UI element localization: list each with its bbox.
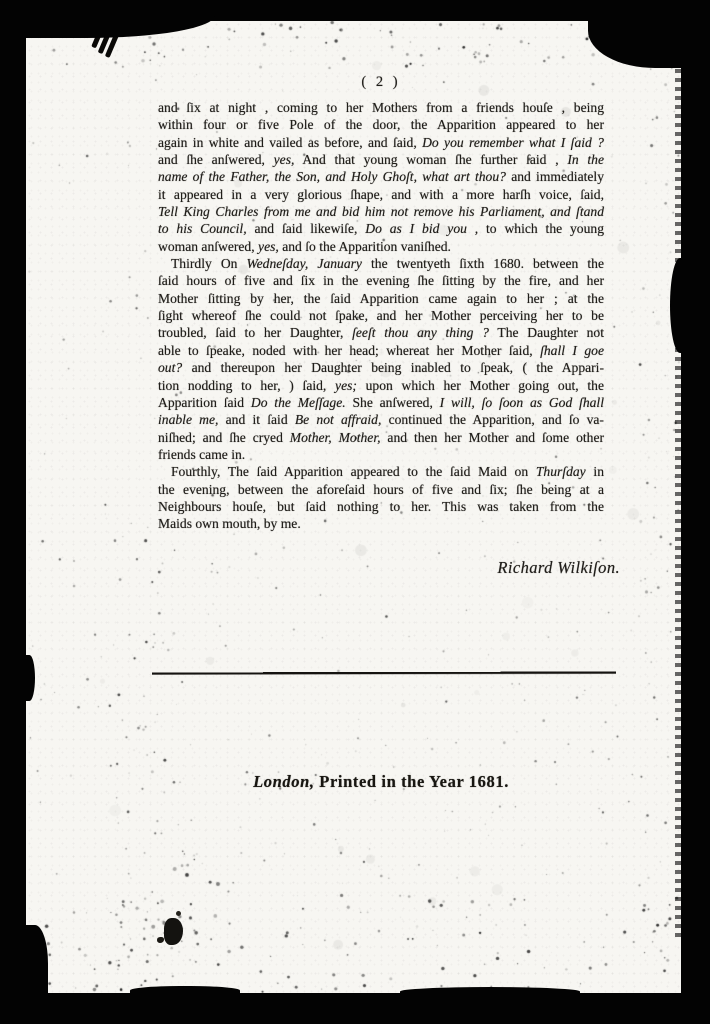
text-line: Thirdly On Wedneſday, January the twenty… <box>158 255 604 272</box>
italic-text-segment: Do as I bid you , <box>365 221 478 236</box>
text-line: able to ſpeake, noded with her head; whe… <box>158 342 604 359</box>
text-line: and ſix at night , coming to her Mothers… <box>158 99 604 116</box>
italic-text-segment: name of the Father, the Son, and Holy Gh… <box>158 169 506 184</box>
text-line: troubled, ſaid to her Daughter, ſeeſt th… <box>158 324 604 341</box>
text-line: Apparition ſaid Do the Meſſage. She anſw… <box>158 394 604 411</box>
text-line: within four or five Pole of the door, th… <box>158 116 604 133</box>
italic-text-segment: yes, <box>274 152 295 167</box>
scan-ragged-edge <box>675 60 683 940</box>
text-segment: the twentyeth ſixth 1680. between the <box>362 256 604 271</box>
italic-text-segment: yes; <box>335 378 357 393</box>
text-line: Mother ſitting by her, the ſaid Appariti… <box>158 290 604 307</box>
text-line: ſight whereof ſhe could not ſpake, and h… <box>158 307 604 324</box>
text-segment: ſaid hours of five and ſix in the evenin… <box>158 273 604 288</box>
body-text: and ſix at night , coming to her Mothers… <box>158 99 604 533</box>
text-line: Fourthly, The ſaid Apparition appeared t… <box>158 463 604 480</box>
text-segment: troubled, ſaid to her Daughter, <box>158 325 352 340</box>
text-segment: in <box>586 464 604 479</box>
italic-text-segment: In the <box>567 152 604 167</box>
text-segment: and ſaid likewiſe, <box>247 221 366 236</box>
italic-text-segment: out? <box>158 360 182 375</box>
text-segment: again in white and vailed as before, and… <box>158 135 422 150</box>
italic-text-segment: Be not affraid, <box>295 412 382 427</box>
italic-text-segment: Thurſday <box>536 464 586 479</box>
text-segment: able to ſpeake, noded with her head; whe… <box>158 343 540 358</box>
text-segment: She anſwered, <box>346 395 440 410</box>
italic-text-segment: Mother, Mother, <box>290 430 381 445</box>
text-segment: tion nodding to her, ) ſaid, <box>158 378 335 393</box>
text-line: Neighbours houſe, but ſaid nothing to he… <box>158 498 604 515</box>
italic-text-segment: ſhall I goe <box>540 343 604 358</box>
text-segment: the evening, between the aforeſaid hours… <box>158 482 604 497</box>
text-segment: Thirdly On <box>171 256 247 271</box>
text-segment: niſhed; and ſhe cryed <box>158 430 290 445</box>
text-line: tion nodding to her, ) ſaid, yes; upon w… <box>158 377 604 394</box>
text-segment: friends came in. <box>158 447 245 462</box>
text-segment: and ſo the Apparition vaniſhed. <box>279 239 451 254</box>
text-line: Maids own mouth, by me. <box>158 515 604 532</box>
text-line: again in white and vailed as before, and… <box>158 134 604 151</box>
scan-border-right <box>681 0 710 1024</box>
scanned-page: ( 2 ) and ſix at night , coming to her M… <box>0 0 710 1024</box>
text-line: out? and thereupon her Daughter being in… <box>158 359 604 376</box>
italic-text-segment: Do you remember what I ſaid ? <box>422 135 604 150</box>
imprint-line: London, Printed in the Year 1681. <box>158 772 604 792</box>
text-line: name of the Father, the Son, and Holy Gh… <box>158 168 604 185</box>
text-line: the evening, between the aforeſaid hours… <box>158 481 604 498</box>
text-segment: woman anſwered, <box>158 239 258 254</box>
text-segment: And that young woman ſhe further ſaid , <box>294 152 567 167</box>
text-segment: Apparition ſaid <box>158 395 251 410</box>
page-number: ( 2 ) <box>158 74 604 91</box>
signature: Richard Wilkiſon. <box>158 558 620 578</box>
text-segment: ſight whereof ſhe could not ſpake, and h… <box>158 308 604 323</box>
italic-text-segment: to his Council, <box>158 221 247 236</box>
italic-text-segment: Do the Meſſage. <box>251 395 346 410</box>
scan-border-bottom <box>0 993 710 1024</box>
text-segment: upon which her Mother going out, the <box>357 378 604 393</box>
italic-text-segment: Tell King Charles from me and bid him no… <box>158 204 604 219</box>
text-line: it appeared in a very glorious ſhape, an… <box>158 186 604 203</box>
text-segment: and ſix at night , coming to her Mothers… <box>158 100 604 115</box>
text-segment: and ſhe anſwered, <box>158 152 274 167</box>
text-segment: to which the young <box>478 221 604 236</box>
text-segment: within four or five Pole of the door, th… <box>158 117 604 132</box>
italic-text-segment: London, <box>253 772 315 791</box>
text-line: woman anſwered, yes, and ſo the Appariti… <box>158 238 604 255</box>
text-line: niſhed; and ſhe cryed Mother, Mother, an… <box>158 429 604 446</box>
scan-blob-left <box>24 655 35 701</box>
italic-text-segment: inable me, <box>158 412 218 427</box>
text-segment: continued the Apparition, and ſo va- <box>381 412 604 427</box>
italic-text-segment: yes, <box>258 239 279 254</box>
text-segment: Maids own mouth, by me. <box>158 516 301 531</box>
text-line: to his Council, and ſaid likewiſe, Do as… <box>158 220 604 237</box>
text-segment: Mother ſitting by her, the ſaid Appariti… <box>158 291 604 306</box>
text-line: Tell King Charles from me and bid him no… <box>158 203 604 220</box>
text-segment: and it ſaid <box>218 412 294 427</box>
text-segment: and thereupon her Daughter being inabled… <box>182 360 604 375</box>
italic-text-segment: ſeeſt thou any thing ? <box>352 325 489 340</box>
text-line: and ſhe anſwered, yes, And that young wo… <box>158 151 604 168</box>
text-line: inable me, and it ſaid Be not affraid, c… <box>158 411 604 428</box>
text-segment: it appeared in a very glorious ſhape, an… <box>158 187 604 202</box>
text-segment: and then her Mother and ſome other <box>381 430 604 445</box>
text-segment: Neighbours houſe, but ſaid nothing to he… <box>158 499 604 514</box>
text-line: ſaid hours of five and ſix in the evenin… <box>158 272 604 289</box>
text-segment: Printed in the Year 1681. <box>315 772 509 791</box>
italic-text-segment: I will, ſo ſoon as God ſhall <box>440 395 604 410</box>
scan-border-left <box>0 0 26 1024</box>
text-segment: The Daughter not <box>489 325 604 340</box>
text-segment: Fourthly, The ſaid Apparition appeared t… <box>171 464 536 479</box>
scan-bump <box>400 987 580 996</box>
text-line: friends came in. <box>158 446 604 463</box>
italic-text-segment: Wedneſday, January <box>247 256 362 271</box>
text-segment: and immediately <box>506 169 604 184</box>
scan-bump <box>130 986 240 996</box>
